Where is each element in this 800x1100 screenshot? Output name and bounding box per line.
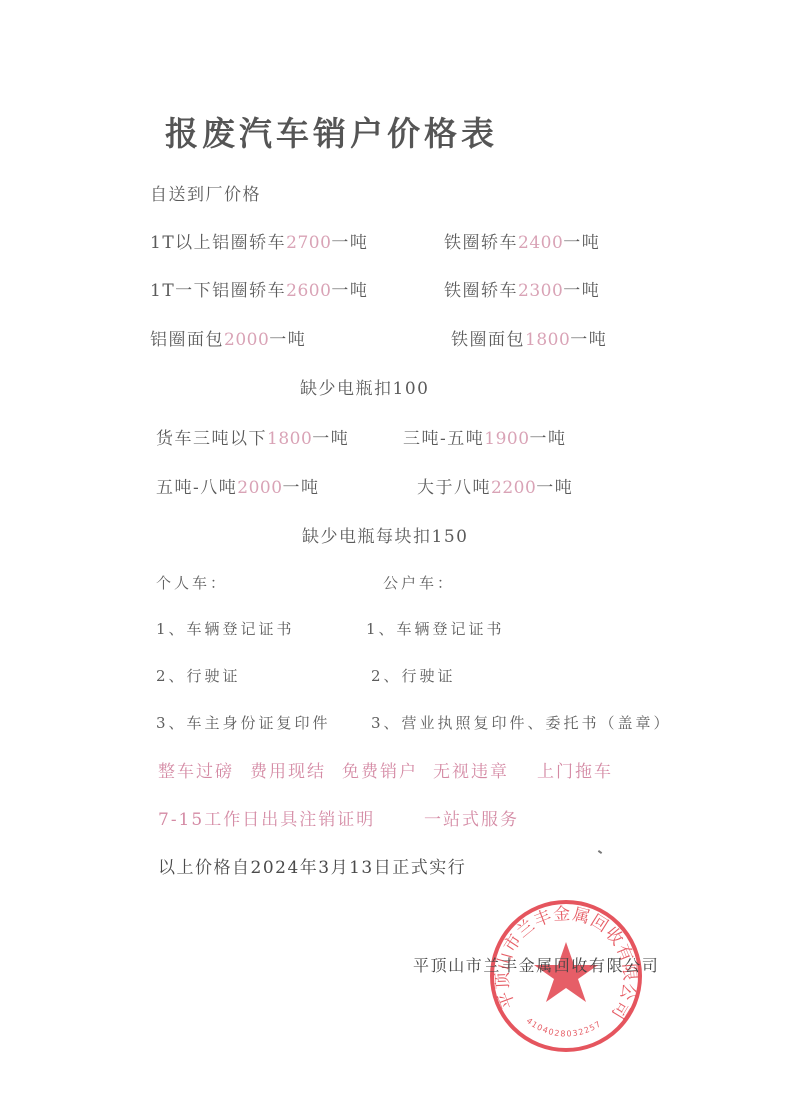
price-item: 铁圈轿车2300一吨 (444, 276, 600, 301)
price-label: 五吨-八吨 (156, 478, 237, 498)
price-label: 铁圈轿车 (444, 281, 518, 301)
battery-deduction-truck: 缺少电瓶每块扣150 (302, 522, 468, 547)
price-value: 1800 (525, 330, 570, 350)
price-item: 大于八吨2200一吨 (417, 473, 573, 498)
price-unit: 一吨 (563, 281, 600, 301)
service-tag: 整车过磅 (158, 757, 234, 782)
service-tag: 费用现结 (250, 757, 326, 782)
price-item: 货车三吨以下1800一吨 (156, 424, 349, 449)
personal-item: 2、行驶证 (156, 665, 241, 686)
price-label: 货车三吨以下 (156, 429, 267, 449)
service-tag: 一站式服务 (424, 805, 519, 830)
price-unit: 一吨 (331, 233, 368, 253)
service-tag: 7-15工作日出具注销证明 (158, 805, 375, 830)
price-value: 1800 (267, 429, 312, 449)
price-value: 2300 (518, 281, 563, 301)
price-label: 三吨-五吨 (403, 429, 484, 449)
price-value: 2700 (286, 233, 331, 253)
price-unit: 一吨 (536, 478, 573, 498)
price-item: 铁圈轿车2400一吨 (444, 228, 600, 253)
svg-text:4104028032257: 4104028032257 (525, 1016, 604, 1038)
price-item: 铝圈面包2000一吨 (150, 325, 306, 350)
price-item: 五吨-八吨2000一吨 (156, 473, 320, 498)
price-unit: 一吨 (312, 429, 349, 449)
service-tag: 上门拖车 (537, 757, 613, 782)
price-value: 1900 (484, 429, 529, 449)
price-label: 1T一下铝圈轿车 (150, 281, 286, 301)
scan-speck (598, 850, 602, 854)
personal-item: 3、车主身份证复印件 (156, 712, 331, 733)
price-label: 铁圈轿车 (444, 233, 518, 253)
price-item: 1T以上铝圈轿车2700一吨 (150, 228, 368, 253)
price-unit: 一吨 (269, 330, 306, 350)
price-unit: 一吨 (563, 233, 600, 253)
price-label: 大于八吨 (417, 478, 491, 498)
price-item: 1T一下铝圈轿车2600一吨 (150, 276, 368, 301)
service-tag: 无视违章 (433, 757, 509, 782)
personal-item: 1、车辆登记证书 (156, 618, 295, 639)
price-unit: 一吨 (530, 429, 567, 449)
price-value: 2600 (286, 281, 331, 301)
corporate-item: 1、车辆登记证书 (366, 618, 505, 639)
price-value: 2200 (491, 478, 536, 498)
price-label: 铁圈面包 (451, 330, 525, 350)
battery-deduction-car: 缺少电瓶扣100 (300, 374, 429, 399)
effective-date: 以上价格自2024年3月13日正式实行 (158, 853, 466, 878)
price-item: 三吨-五吨1900一吨 (403, 424, 567, 449)
price-unit: 一吨 (283, 478, 320, 498)
personal-heading: 个人车： (156, 572, 228, 593)
company-seal-icon: 平顶山市兰丰金属回收有限公司 4104028032257 (488, 898, 644, 1054)
company-name: 平顶山市兰丰金属回收有限公司 (413, 953, 659, 976)
price-value: 2000 (237, 478, 282, 498)
document-title: 报废汽车销户价格表 (165, 108, 498, 155)
section-subtitle: 自送到厂价格 (150, 180, 261, 205)
price-unit: 一吨 (570, 330, 607, 350)
price-value: 2000 (224, 330, 269, 350)
corporate-item: 3、营业执照复印件、委托书（盖章） (371, 712, 672, 733)
price-label: 1T以上铝圈轿车 (150, 233, 286, 253)
corporate-heading: 公户车： (383, 572, 455, 593)
service-tag: 免费销户 (342, 757, 418, 782)
price-label: 铝圈面包 (150, 330, 224, 350)
corporate-item: 2、行驶证 (371, 665, 456, 686)
price-value: 2400 (518, 233, 563, 253)
price-item: 铁圈面包1800一吨 (451, 325, 607, 350)
price-unit: 一吨 (331, 281, 368, 301)
